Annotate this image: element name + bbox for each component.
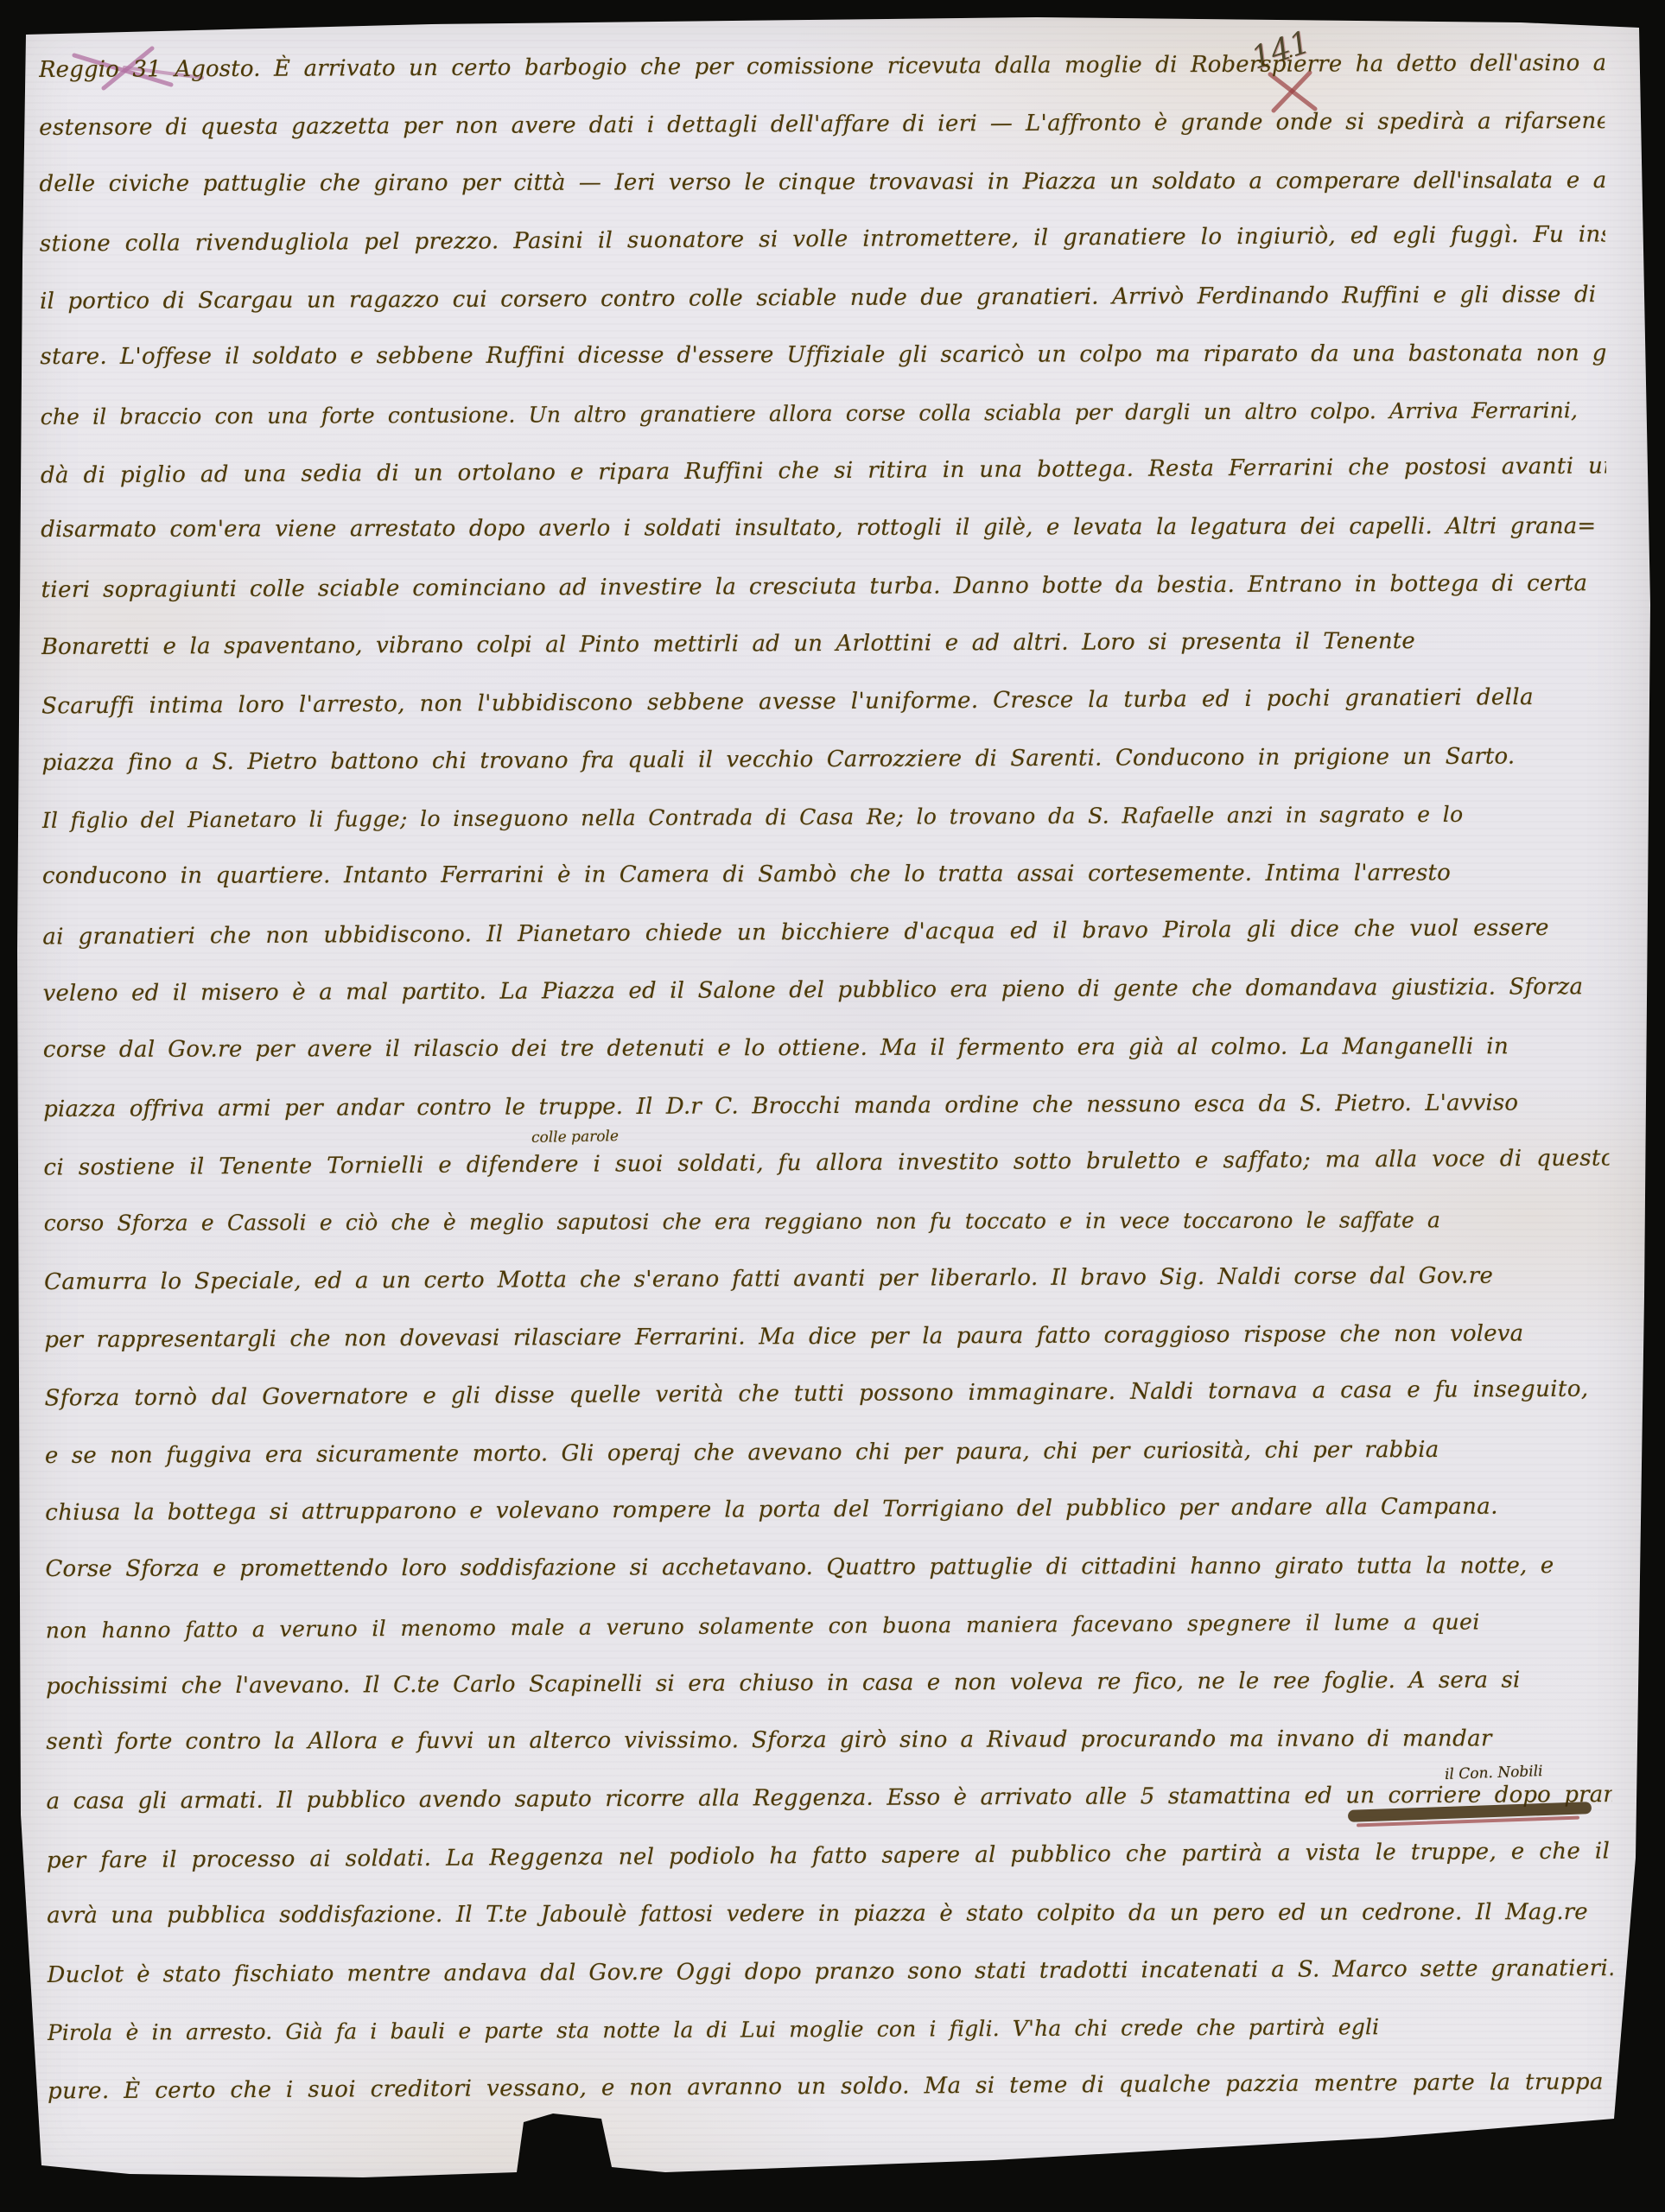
handwritten-line: per fare il processo ai soldati. La Regg… xyxy=(47,1822,1612,1890)
interline-note-con-nobili: il Con. Nobili xyxy=(1445,1763,1543,1783)
handwritten-line: che il braccio con una forte contusione.… xyxy=(41,381,1606,446)
handwriting-block: Reggio 31 Agosto. È arrivato un certo ba… xyxy=(39,35,1613,2120)
handwritten-line: stare. L'offese il soldato e sebbene Ruf… xyxy=(40,325,1605,386)
handwritten-line: dà di piglio ad una sedia di un ortolano… xyxy=(41,437,1606,505)
handwritten-line: per rappresentargli che non dovevasi ril… xyxy=(44,1305,1610,1370)
handwritten-line: Il figlio del Pianetaro li fugge; lo ins… xyxy=(42,785,1608,849)
handwritten-line: e se non fuggiva era sicuramente morto. … xyxy=(45,1420,1611,1484)
handwritten-line: Sforza tornò dal Governatore e gli disse… xyxy=(44,1361,1610,1428)
handwritten-line: non hanno fatto a veruno il menomo male … xyxy=(46,1592,1611,1659)
manuscript-paper-sheet: 141 Reggio 31 Agosto. È arrivato un cert… xyxy=(0,0,1665,2212)
handwritten-line: tieri sopragiunti colle sciable comincia… xyxy=(41,554,1606,619)
handwritten-line: corse dal Gov.re per avere il rilascio d… xyxy=(43,1017,1609,1078)
handwritten-line: veleno ed il misero è a mal partito. La … xyxy=(42,958,1608,1023)
handwritten-line: sentì forte contro la Allora e fuvvi un … xyxy=(46,1710,1611,1771)
handwritten-line: piazza fino a S. Pietro battono chi trov… xyxy=(41,728,1607,792)
handwritten-line: ai granatieri che non ubbidiscono. Il Pi… xyxy=(42,899,1608,966)
handwritten-line: Reggio 31 Agosto. È arrivato un certo ba… xyxy=(39,35,1605,99)
handwritten-line: disarmato com'era viene arrestato dopo a… xyxy=(41,498,1606,559)
interline-note-colle-parole: colle parole xyxy=(531,1128,619,1147)
handwritten-line: il portico di Scargau un ragazzo cui cor… xyxy=(40,265,1605,330)
handwritten-line: estensore di questa gazzetta per non ave… xyxy=(39,92,1605,157)
handwritten-line: pure. È certo che i suoi creditori vessa… xyxy=(48,2053,1613,2120)
handwritten-line: ci sostiene il Tenente Tornielli e difen… xyxy=(43,1130,1609,1198)
handwritten-line: piazza offriva armi per andar contro le … xyxy=(43,1073,1609,1138)
handwritten-line: conducono in quartiere. Intanto Ferrarin… xyxy=(42,844,1608,906)
handwritten-line: chiusa la bottega si attrupparono e vole… xyxy=(45,1478,1611,1542)
handwritten-line: corso Sforza e Cassoli e ciò che è megli… xyxy=(44,1191,1610,1252)
handwritten-line: Camurra lo Speciale, ed a un certo Motta… xyxy=(44,1247,1610,1312)
handwritten-line: delle civiche pattuglie che girano per c… xyxy=(39,152,1605,213)
handwritten-line: Bonaretti e la spaventano, vibrano colpi… xyxy=(41,612,1607,677)
handwritten-line: Corse Sforza e promettendo loro soddisfa… xyxy=(45,1537,1611,1599)
handwritten-line: pochissimi che l'avevano. Il C.te Carlo … xyxy=(46,1650,1611,1715)
handwritten-line: Duclot è stato fischiato mentre andava d… xyxy=(47,1939,1612,2004)
handwritten-line: stione colla rivendugliola pel prezzo. P… xyxy=(40,207,1605,274)
handwritten-line: Scaruffi intima loro l'arresto, non l'ub… xyxy=(41,668,1607,735)
handwritten-line: avrà una pubblica soddisfazione. Il T.te… xyxy=(47,1883,1612,1944)
handwritten-line: Pirola è in arresto. Già fa i bauli e pa… xyxy=(48,1997,1613,2062)
